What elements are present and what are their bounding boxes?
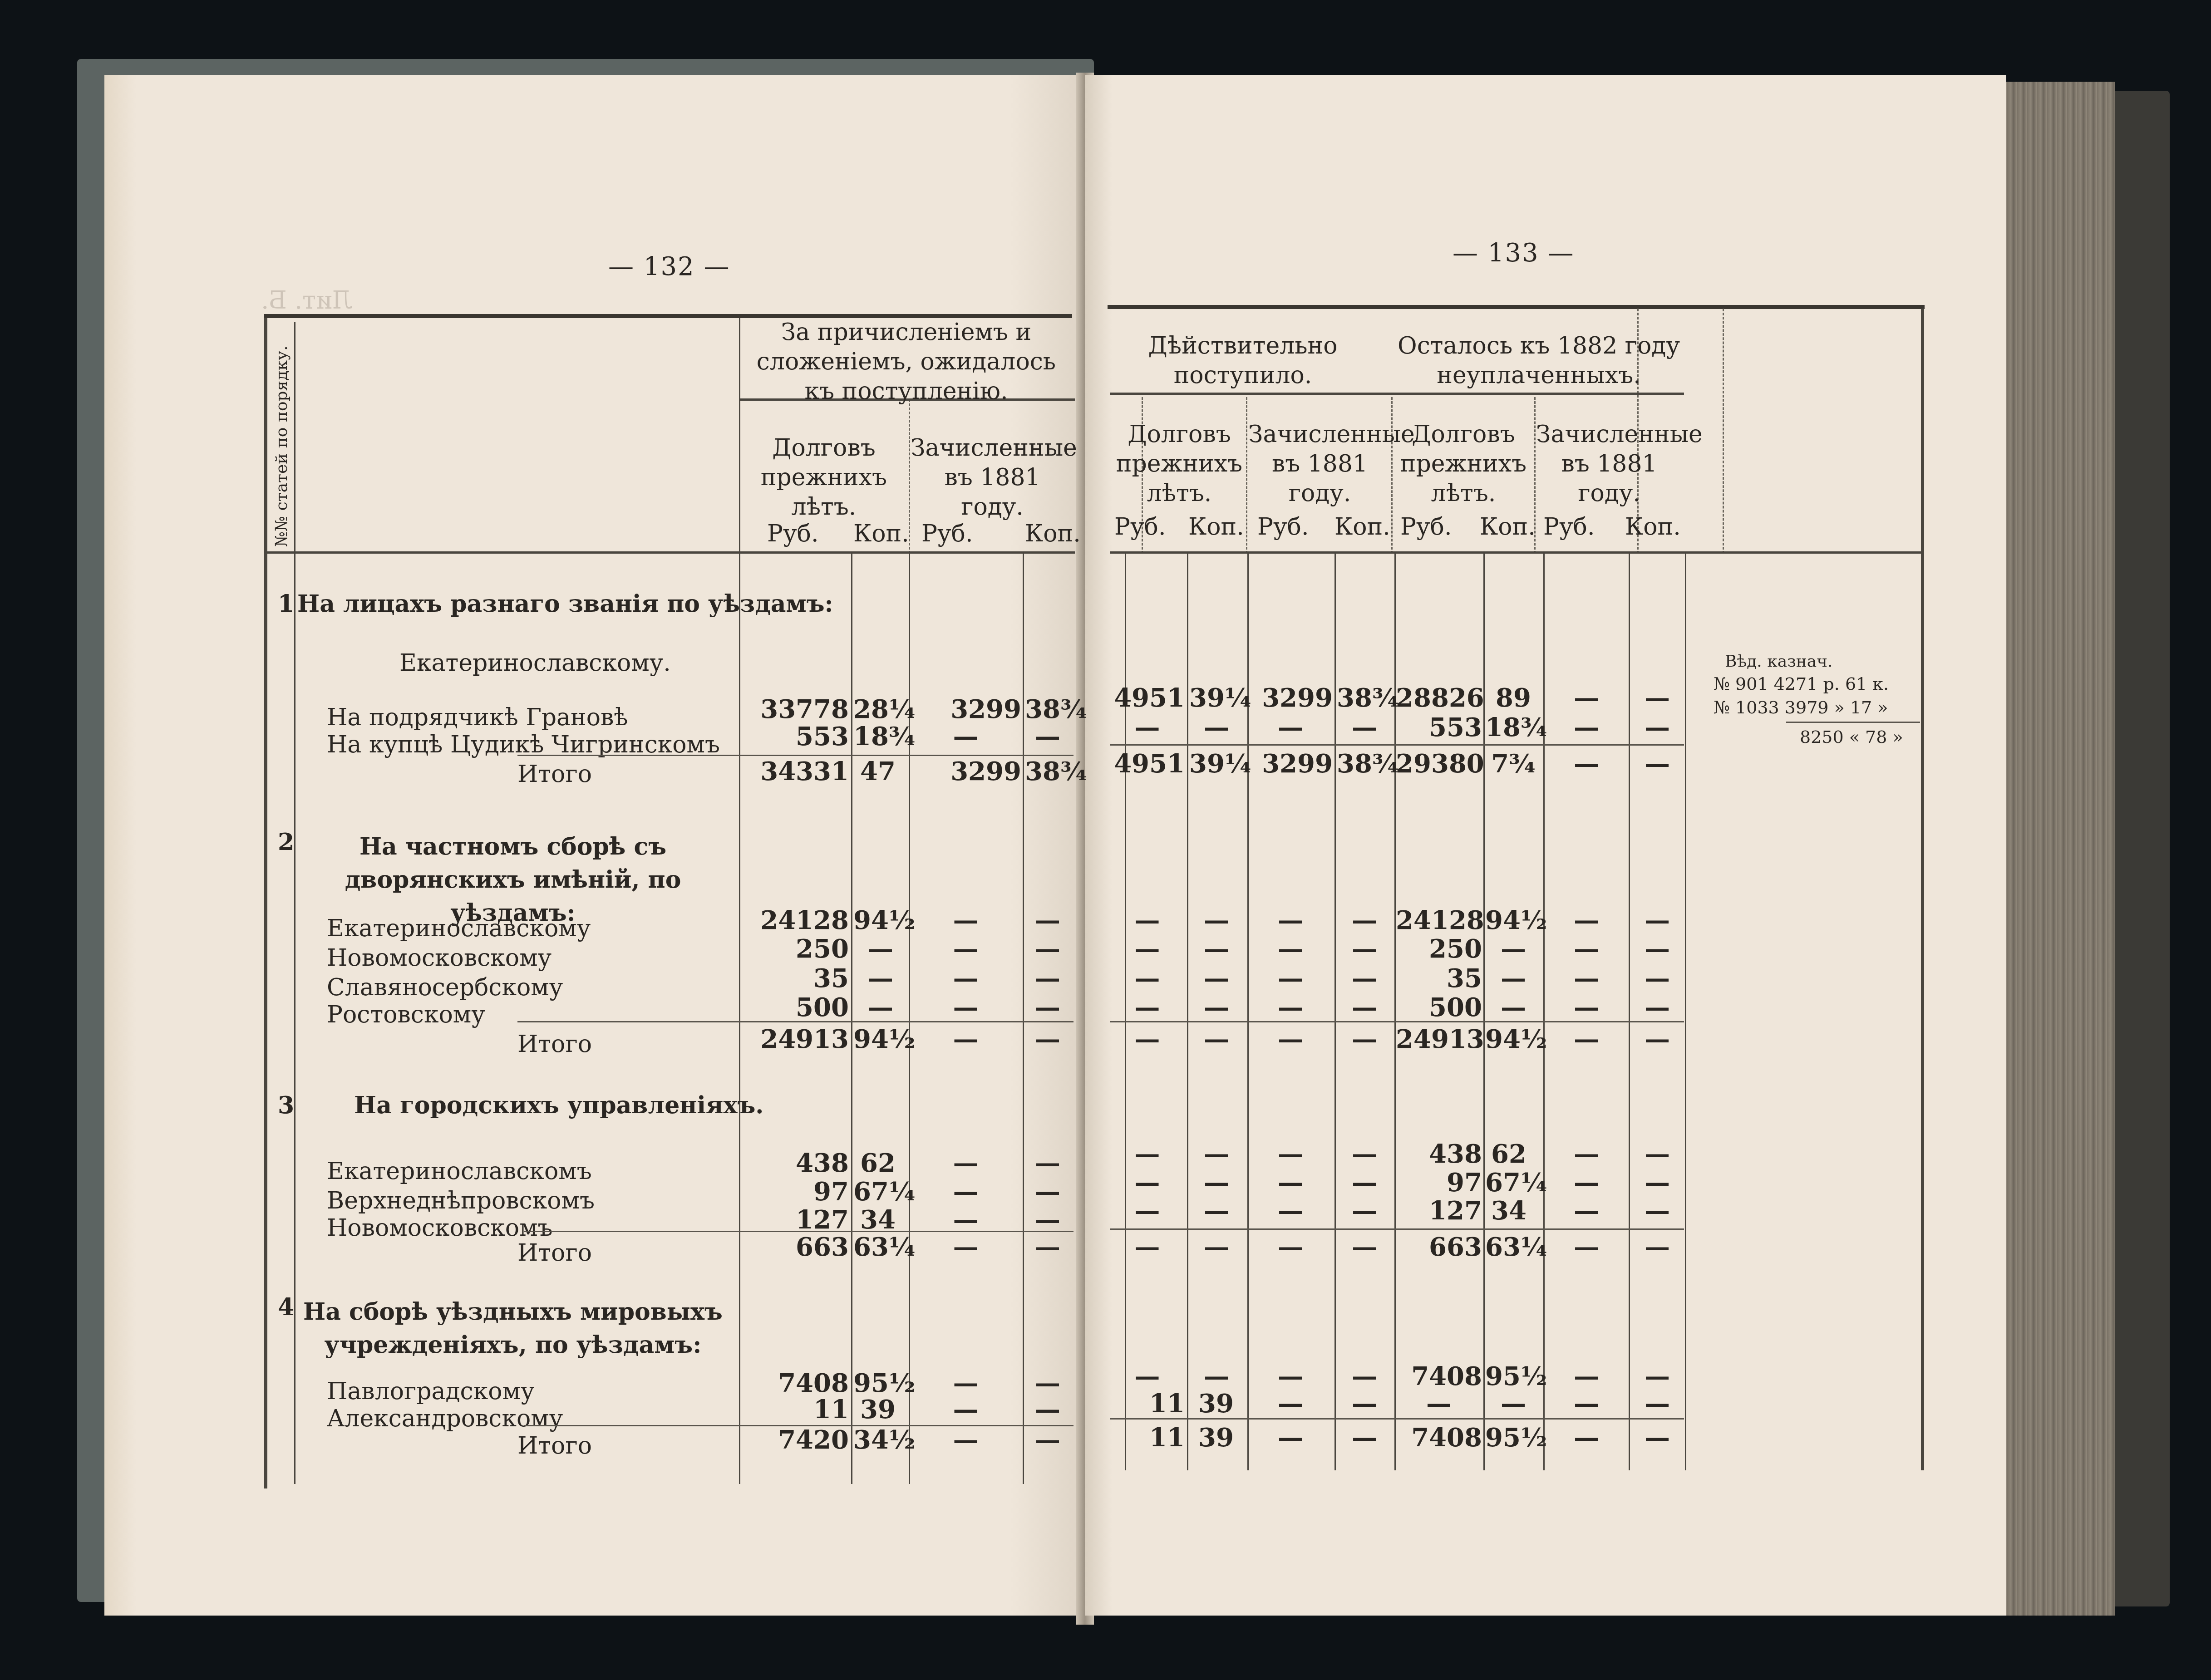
total-cell: —: [1546, 1027, 1627, 1052]
cell: —: [1630, 1170, 1684, 1195]
total-label: Итого: [517, 1032, 592, 1056]
cell-rub: —: [910, 1371, 1021, 1396]
cell: —: [1187, 966, 1246, 991]
total-cell: 38¾: [1337, 751, 1398, 776]
kop-label: Коп.: [1025, 522, 1081, 545]
cell: —: [1187, 995, 1246, 1020]
total-rub: —: [910, 1027, 1021, 1052]
cell-kop: —: [1025, 1207, 1070, 1233]
section-number: 4: [278, 1296, 294, 1319]
cell-kop: —: [1025, 1397, 1070, 1422]
col-divider: [851, 554, 852, 1484]
total-cell: —: [1110, 1234, 1185, 1260]
cell: 7408: [1396, 1364, 1482, 1389]
subtotal-rule: [517, 755, 1073, 756]
section-subtitle: Екатеринославскому.: [399, 651, 671, 675]
cell: —: [1630, 1198, 1684, 1223]
cell-kop: —: [1025, 1179, 1070, 1204]
cell-rub: —: [910, 1179, 1021, 1204]
cell: —: [1396, 1391, 1482, 1416]
cell: —: [1248, 1364, 1333, 1389]
cell: —: [1335, 908, 1394, 933]
total-rub: 24913: [740, 1027, 849, 1052]
cell: —: [1248, 1141, 1333, 1167]
total-cell: —: [1546, 1234, 1627, 1260]
header-rule: [1110, 393, 1684, 395]
row-label: Славяносербскому: [327, 976, 563, 999]
cell: —: [1187, 936, 1246, 962]
cell-rub: 500: [740, 995, 849, 1020]
col-divider: [294, 322, 295, 1484]
cell: 89: [1484, 685, 1542, 711]
treasury-note-title: Вѣд. казнач.: [1725, 653, 1833, 670]
cell-kop: 38¾: [1025, 697, 1087, 722]
cell-rub: 7408: [740, 1371, 849, 1396]
note-sum-rule: [1786, 722, 1920, 723]
cell: —: [1187, 1198, 1246, 1223]
total-rub: 663: [740, 1234, 849, 1260]
cell: —: [1248, 1391, 1333, 1416]
cell: —: [1110, 936, 1185, 962]
total-label: Итого: [517, 1434, 592, 1458]
total-kop: 38¾: [1025, 759, 1087, 784]
cell-rub: —: [910, 1397, 1021, 1422]
row-label: Новомосковскомъ: [327, 1216, 553, 1240]
cell: —: [1630, 1391, 1684, 1416]
cell-kop: 18¾: [853, 724, 915, 749]
page-number-right: — 133 —: [1453, 238, 1575, 268]
cell: 11: [1110, 1391, 1185, 1416]
cell-kop: —: [853, 936, 908, 962]
cell-rub: —: [910, 1207, 1021, 1233]
cell: —: [1335, 995, 1394, 1020]
kop-label: Коп.: [1625, 515, 1681, 539]
total-cell: 24913: [1396, 1027, 1482, 1052]
total-kop: —: [1025, 1027, 1070, 1052]
total-cell: —: [1335, 1027, 1394, 1052]
cell-kop: —: [1025, 724, 1070, 749]
section-title: На городскихъ управленіяхъ.: [354, 1094, 763, 1117]
cell: 97: [1396, 1170, 1482, 1195]
column-header-number: №№ статей по порядку.: [272, 345, 291, 547]
rub-label: Руб.: [1114, 515, 1166, 539]
total-rub: 3299: [910, 759, 1021, 784]
cell-rub: —: [910, 908, 1021, 933]
total-cell: 63¼: [1485, 1234, 1547, 1260]
total-cell: —: [1248, 1425, 1333, 1450]
cell: —: [1546, 1391, 1627, 1416]
subtotal-rule: [1110, 1021, 1684, 1022]
cell: 24128: [1396, 908, 1482, 933]
cell-kop: 34: [860, 1207, 896, 1233]
column-header-old-debts: Долговъ прежнихъ лѣтъ.: [740, 433, 908, 522]
right-table-edge: [1921, 309, 1924, 1470]
total-kop: 47: [860, 759, 896, 784]
total-rub: —: [910, 1427, 1021, 1453]
cell-kop: —: [853, 966, 908, 991]
cell: —: [1335, 966, 1394, 991]
cell: 34: [1491, 1198, 1527, 1223]
total-label: Итого: [517, 1241, 592, 1265]
cell: 39¼: [1189, 685, 1251, 711]
cell: —: [1110, 966, 1185, 991]
cell: 4951: [1110, 685, 1185, 711]
cell: —: [1630, 908, 1684, 933]
cell: —: [1484, 966, 1542, 991]
cell: —: [1335, 1170, 1394, 1195]
cell: —: [1335, 936, 1394, 962]
total-cell: —: [1248, 1027, 1333, 1052]
cell: —: [1187, 1141, 1246, 1167]
total-cell: —: [1187, 1234, 1246, 1260]
right-table-top-rule: [1108, 305, 1925, 309]
cell: 94½: [1485, 908, 1547, 933]
total-kop: 63¼: [853, 1234, 915, 1260]
cell-kop: 39: [860, 1397, 896, 1422]
column-header-1881: Зачисленные въ 1881 году.: [1248, 420, 1391, 508]
cell: —: [1630, 966, 1684, 991]
cell: —: [1187, 1364, 1246, 1389]
cell: —: [1248, 1170, 1333, 1195]
cell: —: [1546, 966, 1627, 991]
total-cell: 95½: [1485, 1425, 1547, 1450]
total-cell: 39: [1198, 1425, 1234, 1450]
rub-label: Руб.: [1257, 515, 1309, 539]
cell: —: [1187, 908, 1246, 933]
cell: 250: [1396, 936, 1482, 962]
cell-rub: —: [910, 966, 1021, 991]
rub-label: Руб.: [1400, 515, 1452, 539]
cell-kop: —: [1025, 936, 1070, 962]
total-cell: 7408: [1396, 1425, 1482, 1450]
column-group-expected: За причисленіемъ и сложеніемъ, ожидалось…: [742, 318, 1071, 406]
cell: 95½: [1485, 1364, 1547, 1389]
cell: —: [1110, 995, 1185, 1020]
col-divider-dashed: [1723, 309, 1724, 554]
total-kop: —: [1025, 1427, 1070, 1453]
treasury-note-line: № 901 4271 р. 61 к.: [1714, 675, 1889, 693]
subtotal-rule: [1110, 744, 1684, 746]
cell-rub: 127: [740, 1207, 849, 1233]
total-rub: —: [910, 1234, 1021, 1260]
section-number: 1: [278, 592, 294, 616]
page-edges: [1997, 82, 2115, 1616]
total-kop: —: [1025, 1234, 1070, 1260]
total-cell: —: [1630, 1425, 1684, 1450]
row-label: На подрядчикѣ Грановѣ: [327, 706, 628, 729]
cell: 438: [1396, 1141, 1482, 1167]
col-divider: [1685, 554, 1686, 1470]
cell: —: [1248, 715, 1333, 740]
row-label: Новомосковскому: [327, 946, 552, 970]
row-label: Екатеринославскомъ: [327, 1159, 592, 1183]
cell-kop: 28¼: [853, 697, 915, 722]
column-group-remaining: Осталось къ 1882 году неуплаченныхъ.: [1394, 331, 1684, 390]
cell: —: [1248, 908, 1333, 933]
total-label: Итого: [517, 762, 592, 786]
cell-rub: 24128: [740, 908, 849, 933]
cell: —: [1546, 685, 1627, 711]
total-cell: 4951: [1110, 751, 1185, 776]
cell: —: [1335, 715, 1394, 740]
kop-label: Коп.: [853, 522, 909, 545]
subtotal-rule: [1110, 1228, 1684, 1230]
total-kop: 94½: [853, 1027, 915, 1052]
cell: —: [1248, 936, 1333, 962]
cell-kop: 62: [860, 1150, 896, 1176]
column-header-old-debts: Долговъ прежнихъ лѣтъ.: [1111, 420, 1247, 508]
row-label: Александровскому: [327, 1407, 563, 1430]
cell: 67¼: [1485, 1170, 1547, 1195]
total-cell: —: [1630, 1027, 1684, 1052]
total-cell: 29380: [1396, 751, 1482, 776]
cell-rub: 97: [740, 1179, 849, 1204]
column-group-received: Дѣйствительно поступило.: [1111, 331, 1374, 390]
header-rule: [267, 551, 1075, 554]
cell: —: [1248, 1198, 1333, 1223]
total-cell: —: [1335, 1234, 1394, 1260]
cell-kop: —: [1025, 1150, 1070, 1176]
cell: —: [1546, 1364, 1627, 1389]
cell-rub: 35: [740, 966, 849, 991]
cell: —: [1187, 1170, 1246, 1195]
cell: —: [1546, 936, 1627, 962]
cell: —: [1110, 1141, 1185, 1167]
cell: 500: [1396, 995, 1482, 1020]
cell-rub: 250: [740, 936, 849, 962]
cell: —: [1248, 995, 1333, 1020]
total-cell: 94½: [1485, 1027, 1547, 1052]
cell-rub: 33778: [740, 697, 849, 722]
cell: —: [1630, 1364, 1684, 1389]
cell: —: [1630, 936, 1684, 962]
rub-label: Руб.: [921, 522, 973, 545]
kop-label: Коп.: [1188, 515, 1244, 539]
bleed-through-mark: Лит. Б.: [261, 286, 353, 314]
cell-rub: 3299: [910, 697, 1021, 722]
cell: —: [1110, 908, 1185, 933]
cell: —: [1110, 1198, 1185, 1223]
cell-kop: —: [1025, 995, 1070, 1020]
total-cell: 11: [1110, 1425, 1185, 1450]
cell: —: [1335, 1364, 1394, 1389]
cell: —: [1630, 995, 1684, 1020]
cell: —: [1546, 908, 1627, 933]
cell-rub: 553: [740, 724, 849, 749]
cell: —: [1546, 1141, 1627, 1167]
total-cell: 3299: [1248, 751, 1333, 776]
total-rub: 34331: [740, 759, 849, 784]
cell: —: [1546, 1198, 1627, 1223]
cell: —: [1484, 1391, 1542, 1416]
total-cell: —: [1187, 1027, 1246, 1052]
treasury-note-line: № 1033 3979 » 17 »: [1714, 699, 1888, 716]
cell: 127: [1396, 1198, 1482, 1223]
cell: 35: [1396, 966, 1482, 991]
page-number-left: — 132 —: [608, 252, 730, 281]
cell: 18¾: [1485, 715, 1547, 740]
cell: —: [1546, 715, 1627, 740]
cell: —: [1110, 1170, 1185, 1195]
rub-label: Руб.: [1543, 515, 1595, 539]
cell: —: [1335, 1391, 1394, 1416]
cell: —: [1187, 715, 1246, 740]
column-header-1881: Зачисленные въ 1881 году.: [1536, 420, 1682, 508]
total-cell: 7¾: [1484, 751, 1542, 776]
cell: —: [1546, 995, 1627, 1020]
rub-label: Руб.: [767, 522, 818, 545]
cell-rub: 11: [740, 1397, 849, 1422]
subtotal-rule: [517, 1021, 1073, 1022]
cell-kop: —: [1025, 966, 1070, 991]
cell-rub: —: [910, 936, 1021, 962]
total-cell: —: [1630, 1234, 1684, 1260]
row-label: На купцѣ Цудикѣ Чигринскомъ: [327, 733, 720, 756]
cell: —: [1630, 685, 1684, 711]
cell-rub: —: [910, 724, 1021, 749]
cell: 28826: [1396, 685, 1482, 711]
cell: —: [1335, 1198, 1394, 1223]
cell-rub: —: [910, 1150, 1021, 1176]
cell-rub: —: [910, 995, 1021, 1020]
column-header-1881: Зачисленные въ 1881 году.: [911, 433, 1074, 522]
cell: 3299: [1248, 685, 1333, 711]
total-rub: 7420: [740, 1427, 849, 1453]
cell-kop: 95½: [853, 1371, 915, 1396]
cell-kop: 67¼: [853, 1179, 915, 1204]
section-number: 2: [278, 830, 294, 854]
total-cell: 39¼: [1189, 751, 1251, 776]
col-divider: [1023, 554, 1024, 1484]
subtotal-rule: [1110, 1418, 1684, 1420]
cell: —: [1546, 1170, 1627, 1195]
treasury-note-total: 8250 « 78 »: [1800, 728, 1903, 746]
section-number: 3: [278, 1094, 294, 1117]
total-cell: —: [1248, 1234, 1333, 1260]
cell: 62: [1491, 1141, 1527, 1167]
cell: —: [1110, 715, 1185, 740]
cell-kop: —: [853, 995, 908, 1020]
cell-rub: 438: [740, 1150, 849, 1176]
cell-kop: —: [1025, 1371, 1070, 1396]
row-label: Верхнеднѣпровскомъ: [327, 1189, 595, 1213]
cell: —: [1630, 715, 1684, 740]
total-cell: —: [1110, 1027, 1185, 1052]
cell-kop: 94½: [853, 908, 915, 933]
total-cell: —: [1335, 1425, 1394, 1450]
cell: —: [1484, 936, 1542, 962]
row-label: Павлоградскому: [327, 1380, 535, 1403]
section-title: На лицахъ разнаго званія по уѣздамъ:: [297, 592, 833, 616]
kop-label: Коп.: [1334, 515, 1390, 539]
col-divider: [1629, 554, 1630, 1470]
kop-label: Коп.: [1480, 515, 1536, 539]
col-divider: [1543, 554, 1545, 1470]
cell-kop: —: [1025, 908, 1070, 933]
cell: —: [1248, 966, 1333, 991]
total-cell: —: [1546, 1425, 1627, 1450]
left-table-edge: [264, 318, 267, 1488]
cell: —: [1484, 995, 1542, 1020]
total-kop: 34½: [853, 1427, 915, 1453]
cell: 38¾: [1337, 685, 1398, 711]
cell: —: [1630, 1141, 1684, 1167]
section-title: На сборѣ уѣздныхъ мировыхъ учрежденіяхъ,…: [302, 1296, 724, 1362]
cell: —: [1335, 1141, 1394, 1167]
total-cell: 663: [1396, 1234, 1482, 1260]
row-label: Екатеринославскому: [327, 917, 591, 940]
header-rule: [1110, 551, 1922, 554]
column-header-old-debts: Долговъ прежнихъ лѣтъ.: [1393, 420, 1534, 508]
cell: —: [1110, 1364, 1185, 1389]
cell: 39: [1198, 1391, 1234, 1416]
total-cell: —: [1630, 751, 1684, 776]
row-label: Ростовскому: [327, 1003, 485, 1027]
cell: 553: [1396, 715, 1482, 740]
total-cell: —: [1546, 751, 1627, 776]
